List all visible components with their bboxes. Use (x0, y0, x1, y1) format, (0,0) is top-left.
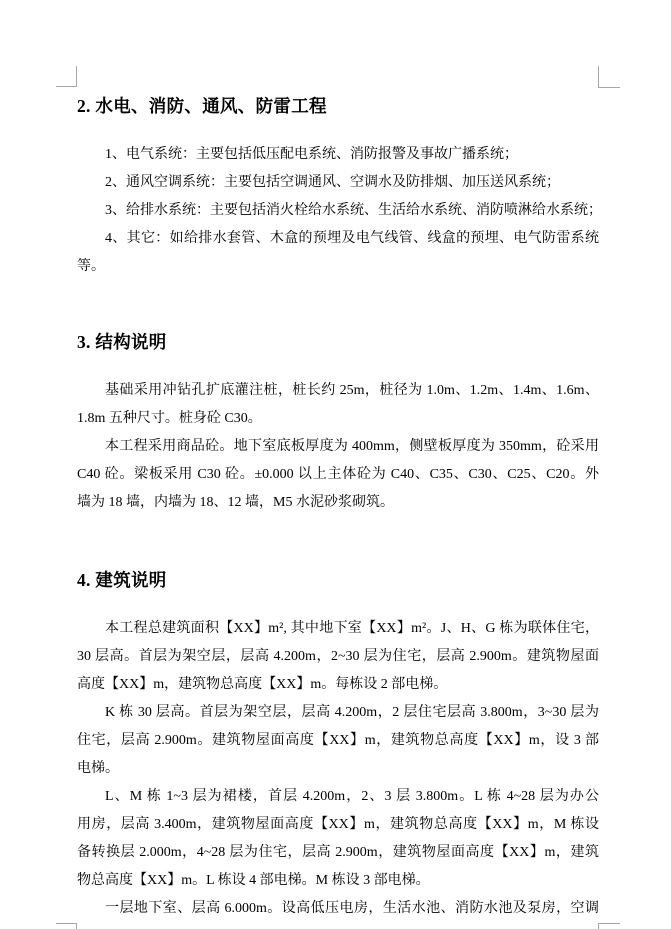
paragraph-line: 30 层高。首层为架空层，层高 4.200m，2~30 层为住宅，层高 2.90… (77, 643, 599, 671)
section-body-architecture: 本工程总建筑面积【XX】m², 其中地下室【XX】m²。J、H、G 栋为联体住宅… (77, 615, 599, 923)
section-heading-structure: 3. 结构说明 (77, 330, 167, 354)
list-item: 1、电气系统：主要包括低压配电系统、消防报警及事故广播系统； (77, 141, 599, 169)
section-heading-utilities: 2. 水电、消防、通风、防雷工程 (77, 94, 327, 118)
paragraph-line: K 栋 30 层高。首层为架空层，层高 4.200m，2 层住宅层高 3.800… (77, 699, 599, 727)
paragraph-line: 本工程采用商品砼。地下室底板厚度为 400mm，侧壁板厚度为 350mm，砼采用 (77, 433, 599, 461)
paragraph-line: 用房，层高 3.400m，建筑物屋面高度【XX】m，建筑物总高度【XX】m，M … (77, 811, 599, 839)
section-heading-architecture: 4. 建筑说明 (77, 568, 167, 592)
page-corner-mark-top-right (598, 66, 620, 88)
paragraph-line: 住宅，层高 2.900m。建筑物屋面高度【XX】m，建筑物总高度【XX】m，设 … (77, 727, 599, 755)
section-body-structure: 基础采用冲钻孔扩底灌注桩，桩长约 25m，桩径为 1.0m、1.2m、1.4m、… (77, 377, 599, 517)
list-item: 4、其它：如给排水套管、木盒的预埋及电气线管、线盒的预埋、电气防雷系统 (77, 225, 599, 253)
paragraph-line: 墙为 18 墙，内墙为 18、12 墙，M5 水泥砂浆砌筑。 (77, 489, 599, 517)
page-corner-mark-top-left (56, 66, 77, 87)
paragraph-line: C40 砼。梁板采用 C30 砼。±0.000 以上主体砼为 C40、C35、C… (77, 461, 599, 489)
list-item: 3、给排水系统：主要包括消火栓给水系统、生活给水系统、消防喷淋给水系统； (77, 197, 599, 225)
paragraph-line: 1.8m 五种尺寸。桩身砼 C30。 (77, 405, 599, 433)
paragraph-line: 电梯。 (77, 755, 599, 783)
section-body-utilities: 1、电气系统：主要包括低压配电系统、消防报警及事故广播系统； 2、通风空调系统：… (77, 141, 599, 281)
paragraph-line: 基础采用冲钻孔扩底灌注桩，桩长约 25m，桩径为 1.0m、1.2m、1.4m、… (77, 377, 599, 405)
list-item: 2、通风空调系统：主要包括空调通风、空调水及防排烟、加压送风系统； (77, 169, 599, 197)
list-item-continuation: 等。 (77, 253, 599, 281)
paragraph-line: 物总高度【XX】m。L 栋设 4 部电梯。M 栋设 3 部电梯。 (77, 867, 599, 895)
paragraph-line: L、M 栋 1~3 层为裙楼，首层 4.200m，2、3 层 3.800m。L … (77, 783, 599, 811)
paragraph-line: 备转换层 2.000m，4~28 层为住宅，层高 2.900m，建筑物屋面高度【… (77, 839, 599, 867)
paragraph-line: 本工程总建筑面积【XX】m², 其中地下室【XX】m²。J、H、G 栋为联体住宅… (77, 615, 599, 643)
page-corner-mark-bottom-right (598, 923, 620, 929)
page-corner-mark-bottom-left (56, 923, 77, 929)
paragraph-line: 高度【XX】m，建筑物总高度【XX】m。每栋设 2 部电梯。 (77, 671, 599, 699)
paragraph-line: 一层地下室、层高 6.000m。设高低压电房，生活水池、消防水池及泵房，空调 (77, 895, 599, 923)
